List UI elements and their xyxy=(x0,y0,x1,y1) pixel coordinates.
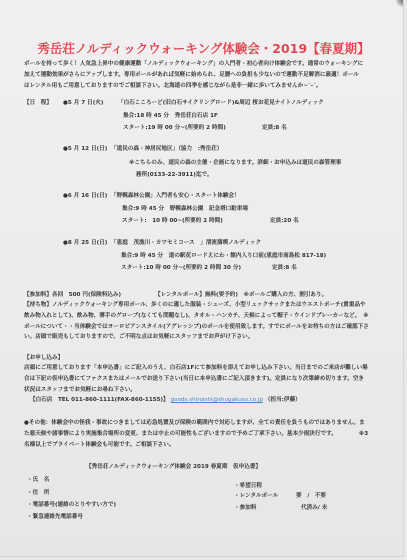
event-4-name: 「恵庭 茂漁川・カワセミコース 」清流満喫ノルディック xyxy=(111,240,261,247)
event-1-name: 「白石こころーど(旧白石サイクリングロード)&周辺 桜お花見ナイトノルディック xyxy=(118,100,324,107)
form-field-phone: ・電話番号(連絡のとりやすい方で) xyxy=(27,502,116,509)
event-3-start: スタート: 10 時 00~(所要約 2 時間) xyxy=(122,218,223,225)
event-4-meet: 集合:9 時 45 分 道の駅花ロードえにわ・館内入り口前(恵庭市南島松 817… xyxy=(121,253,326,260)
form-field-preferred-date: ・希望日程 xyxy=(234,483,262,490)
email-link[interactable]: goods.shiroishi@shugakuso.co.jp xyxy=(171,397,263,403)
other-paragraph: ●その他：体験会中の怪我・事故につきましては応急処置及び保険の範囲内で対応します… xyxy=(24,418,369,450)
contact-person: （担当:伊藤） xyxy=(265,397,301,403)
rental-pole-options: 要 / 不要 xyxy=(296,493,326,500)
contact-line: 【白石店 TEL 011-860-1111(FAX-860-1155)】 goo… xyxy=(30,397,301,404)
event-2-note-2: 務所(0133-22-3911)迄で。 xyxy=(136,172,213,179)
event-3-name: 「野幌森林公園」入門者も安心・スタート体験会！ xyxy=(111,193,240,200)
form-field-fee: ・参加料 xyxy=(234,505,256,512)
items-paragraph: 【持ち物】ノルディックウォーキング専用ポール、歩くのに適した服装・シューズ、小型… xyxy=(24,300,369,343)
event-1-capacity: 定員:8 名 xyxy=(262,125,287,132)
flyer-page: 秀岳荘ノルディックウォーキング体験会・2019【春夏期】 ボールを持って歩く！人… xyxy=(0,0,404,557)
schedule-label: 【日 程】 xyxy=(24,100,52,107)
event-4-date: ●8 月 25 日(日) xyxy=(63,240,107,247)
contact-store: 【白石店 TEL 011-860-1111(FAX-860-1155)】 xyxy=(30,397,169,403)
event-2-note-1: ※こちらのみ、道民の森の主催・企画になります。詳細・お申込みは道民の森管理事 xyxy=(129,160,341,167)
event-4-capacity: 定員:8 名 xyxy=(272,265,297,272)
apply-paragraph: 店頭にご用意しております「本申込書」にご記入のうえ、白石店1Fにて参加料を添えて… xyxy=(24,363,369,395)
rental-pole-info: 【レンタルポール】無料(要予約) ※ポールご購入の方、割引あり。 xyxy=(155,292,327,299)
form-field-emergency-phone: ・緊急連絡先電話番号 xyxy=(27,514,83,521)
fee-label: 【参加料】各回 500 円(保険料込み) xyxy=(24,292,121,299)
event-1-start: スタート:19 時 00 分~(所要約 2 時間) xyxy=(123,125,226,132)
event-3-meet: 集合:9 時 45 分 野幌森林公園 記念塔口駐車場 xyxy=(122,206,248,213)
other-text: ●その他：体験会中の怪我・事故につきましては応急処置及び保険の範囲内で対応します… xyxy=(24,420,365,437)
form-field-address: ・住 所 xyxy=(27,490,49,497)
event-3-date: ●6 月 16 日(日) xyxy=(63,193,107,200)
event-1-meet: 集合:18 時 45 分 秀岳荘白石店 1F xyxy=(123,113,218,120)
event-3-capacity: 定員:20 名 xyxy=(270,218,299,225)
event-2-name: 「道民の森・神居尻地区」（協力 :秀岳荘） xyxy=(111,146,222,153)
page-corner xyxy=(393,0,403,10)
fee-status-options: 代済み/ 未 xyxy=(301,505,327,512)
form-field-name: ・氏 名 xyxy=(27,477,49,484)
event-2-date: ●5 月 12 日(日) xyxy=(63,146,107,153)
intro-paragraph: ボールを持って歩く！人気急上昇中の健康運動「ノルディックウォーキング」の入門者・… xyxy=(24,59,364,92)
event-1-date: ●5 月 7 日(火) xyxy=(63,100,103,107)
page-title: 秀岳荘ノルディックウォーキング体験会・2019【春夏期】 xyxy=(0,39,407,57)
apply-label: 【お申し込み】 xyxy=(24,355,63,362)
event-4-start: スタート:10 時 00 分~(所要約 2 時間 30 分) xyxy=(121,265,241,272)
form-field-rental-pole: ・レンタルポール xyxy=(234,493,278,500)
form-title: 【秀岳荘ノルディックウォーキング体験会 2019 春夏期 仮申込書】 xyxy=(86,464,261,471)
